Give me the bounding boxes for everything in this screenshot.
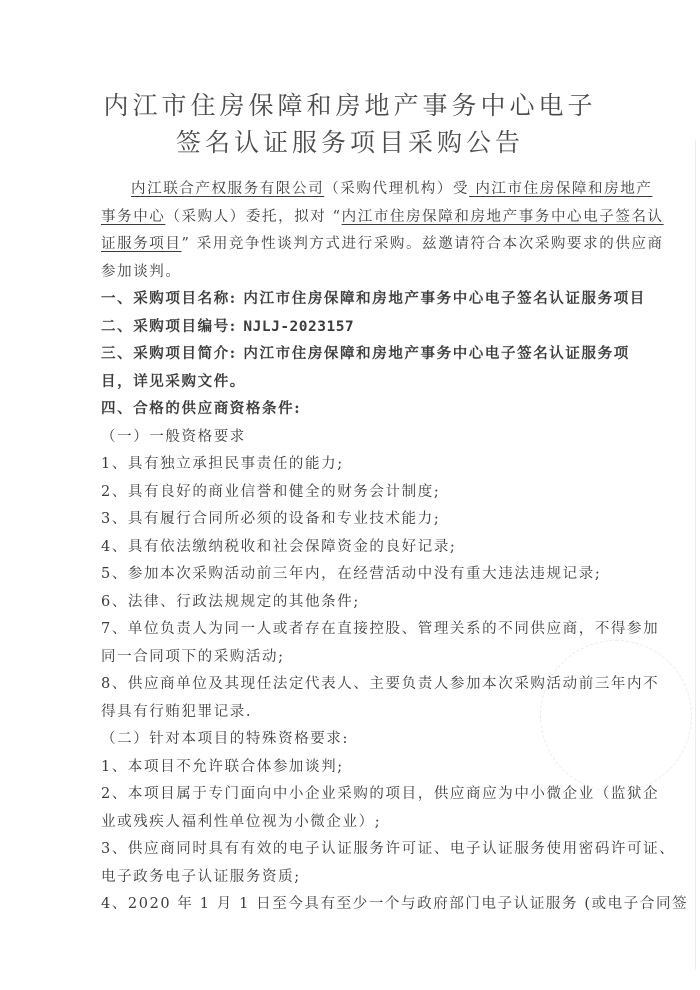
special-requirement-item: 2、本项目属于专门面向中小企业采购的项目，供应商应为中小微企业（监狱企 xyxy=(101,784,621,804)
section-project-name-label: 一、采购项目名称: xyxy=(101,290,237,307)
intro-line-3: 证服务项目” 采用竞争性谈判方式进行采购。兹邀请符合本次采购要求的供应商 xyxy=(101,234,621,254)
scan-edge xyxy=(695,140,696,970)
special-requirement-item: 1、本项目不允许联合体参加谈判; xyxy=(101,757,621,777)
general-requirement-item: 7、单位负责人为同一人或者存在直接控股、管理关系的不同供应商，不得参加 xyxy=(101,619,621,639)
section-project-summary-line-2: 目，详见采购文件。 xyxy=(101,372,621,392)
section-project-summary-label: 三、采购项目简介: xyxy=(101,345,237,362)
document-title-line-1: 内江市住房保障和房地产事务中心电子 xyxy=(0,86,700,122)
general-requirement-item: 3、具有履行合同所必须的设备和专业技术能力; xyxy=(101,509,621,529)
agency-name: 内江联合产权服务有限公司 xyxy=(131,181,324,197)
general-requirement-item: 2、具有良好的商业信誉和健全的财务会计制度; xyxy=(101,482,621,502)
purchaser-name-part2: 事务中心 xyxy=(101,209,165,225)
project-name-part2: 证服务项目 xyxy=(101,236,182,252)
general-requirement-item: 1、具有独立承担民事责任的能力; xyxy=(101,454,621,474)
special-requirement-item-continued: 业或残疾人福利性单位视为小微企业）; xyxy=(101,812,621,832)
special-requirement-item-continued: 电子政务电子认证服务资质; xyxy=(101,867,621,887)
section-project-number-label: 二、采购项目编号: xyxy=(101,318,243,335)
general-requirement-item: 4、具有依法缴纳税收和社会保障资金的良好记录; xyxy=(101,537,621,557)
special-requirement-item: 4、2020 年 1 月 1 日至今具有至少一个与政府部门电子认证服务 (或电子… xyxy=(101,894,621,914)
section-project-name-value: 内江市住房保障和房地产事务中心电子签名认证服务项目 xyxy=(237,290,646,307)
intro-line-1: 内江联合产权服务有限公司（采购代理机构）受 内江市住房保障和房地产 xyxy=(101,179,621,199)
document-title-line-2: 签名认证服务项目采购公告 xyxy=(0,123,700,159)
special-requirement-item: 3、供应商同时具有有效的电子认证服务许可证、电子认证服务使用密码许可证、 xyxy=(101,839,621,859)
document-page: 内江市住房保障和房地产事务中心电子 签名认证服务项目采购公告 内江联合产权服务有… xyxy=(0,0,700,990)
general-requirement-item: 6、法律、行政法规规定的其他条件; xyxy=(101,592,621,612)
intro-line-4: 参加谈判。 xyxy=(101,262,621,282)
procurement-method: ” 采用竞争性谈判方式进行采购。兹邀请符合本次采购要求的供应商 xyxy=(182,236,664,252)
project-name-part1: 内江市住房保障和房地产事务中心电子签名认 xyxy=(342,209,664,225)
section-project-summary-value: 内江市住房保障和房地产事务中心电子签名认证服务项 xyxy=(237,345,630,362)
section-project-number-value: NJLJ-2023157 xyxy=(243,319,354,335)
general-requirement-item-continued: 同一合同项下的采购活动; xyxy=(101,647,621,667)
agency-role: （采购代理机构）受 xyxy=(324,181,469,197)
general-requirement-item: 5、参加本次采购活动前三年内，在经营活动中没有重大违法违规记录; xyxy=(101,564,621,584)
intro-line-2: 事务中心（采购人）委托，拟对 “内江市住房保障和房地产事务中心电子签名认 xyxy=(101,207,621,227)
general-requirements-heading: （一）一般资格要求 xyxy=(101,427,621,447)
section-project-name: 一、采购项目名称: 内江市住房保障和房地产事务中心电子签名认证服务项目 xyxy=(101,289,621,309)
purchaser-name-part1: 内江市住房保障和房地产 xyxy=(469,181,652,197)
section-supplier-qualifications: 四、合格的供应商资格条件: xyxy=(101,399,621,419)
section-project-number: 二、采购项目编号: NJLJ-2023157 xyxy=(101,317,621,337)
faint-seal-stamp xyxy=(540,640,692,792)
section-project-summary: 三、采购项目简介: 内江市住房保障和房地产事务中心电子签名认证服务项 xyxy=(101,344,621,364)
purchaser-role: （采购人）委托，拟对 “ xyxy=(165,209,341,225)
